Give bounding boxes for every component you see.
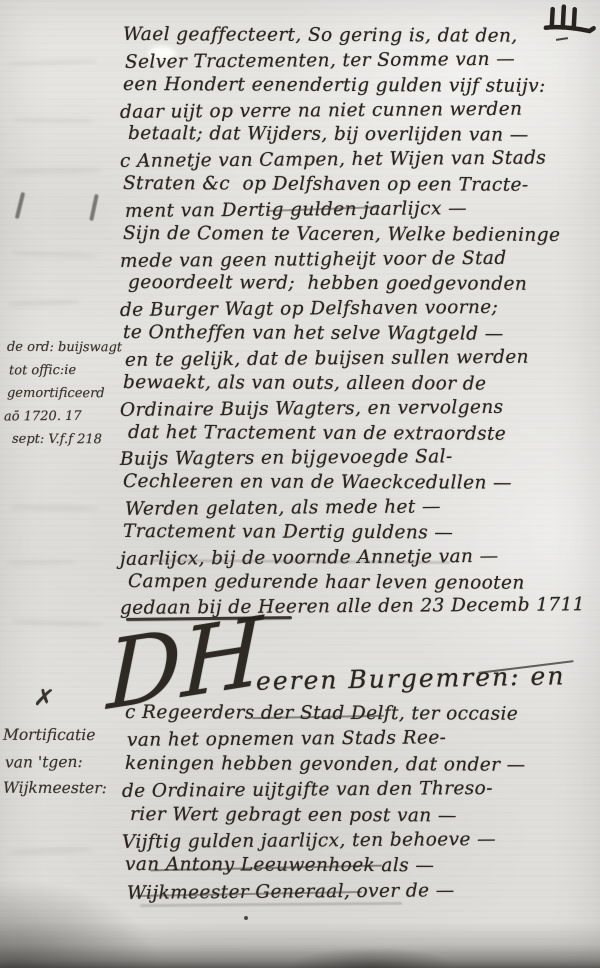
- manuscript-line: de Ordinaire uijtgifte van den Threso-: [122, 775, 594, 804]
- manuscript-line: Werden gelaten, als mede het —: [120, 494, 594, 523]
- manuscript-line: Ordinaire Buijs Wagters, en vervolgens: [120, 395, 594, 424]
- margin-note-line: gemortificeerd: [7, 382, 123, 406]
- manuscript-page: Wael geaffecteert, So gering is, dat den…: [0, 0, 600, 968]
- manuscript-line: c Annetje van Campen, het Wijen van Stad…: [120, 146, 594, 175]
- manuscript-line: geoordeelt werd; hebben goedgevonden: [123, 271, 597, 298]
- manuscript-line: Campen gedurende haar leven genooten: [123, 570, 597, 597]
- manuscript-line: jaarlijcx, bij de voornde Annetje van —: [120, 544, 594, 573]
- manuscript-line: de Burger Wagt op Delfshaven voorne;: [120, 295, 594, 324]
- manuscript-line: bewaekt, als van outs, alleen door de: [123, 371, 597, 398]
- margin-note-line: Mortificatie: [3, 722, 148, 749]
- margin-note-line: aō 1720. 17: [4, 405, 120, 429]
- manuscript-line: Wael geaffecteert, So gering is, dat den…: [123, 23, 597, 50]
- manuscript-line: mede van geen nuttigheijt voor de Stad: [120, 246, 594, 275]
- manuscript-line: ment van Dertig gulden jaarlijcx —: [120, 196, 594, 225]
- ink-slash-mark: [15, 192, 25, 219]
- manuscript-line: Straten &c op Delfshaven op een Tracte-: [123, 172, 597, 199]
- ink-slash-mark: [89, 194, 99, 221]
- margin-note-line: van 'tgen:: [0, 748, 145, 776]
- manuscript-line: en te gelijk, dat de buijsen sullen werd…: [120, 345, 594, 374]
- manuscript-line: van het opnemen van Stads Ree-: [122, 725, 594, 754]
- entry-leeuwenhoek-text: c Regeerders der Stad Delft, ter occasie…: [122, 701, 594, 904]
- margin-note-line: sept: V.f.f 218: [7, 428, 123, 452]
- ink-smudge: [8, 847, 92, 856]
- manuscript-line: rier Wert gebragt een post van —: [125, 802, 597, 829]
- margin-note-mortificatie-wijkmeester: Mortificatie van 'tgen: Wijkmeester:: [0, 722, 145, 802]
- manuscript-line: c Regeerders der Stad Delft, ter occasie: [125, 700, 597, 727]
- ink-smudge: [12, 618, 102, 627]
- manuscript-line: Sijn de Comen te Vaceren, Welke bedienin…: [123, 222, 597, 249]
- margin-note-line: tot offic:ie: [4, 359, 120, 383]
- manuscript-line: daar uijt op verre na niet cunnen werden: [120, 97, 594, 126]
- scan-shadow-bottom: [0, 922, 600, 968]
- manuscript-line: Vijftig gulden jaarlijcx, ten behoeve —: [122, 826, 594, 855]
- manuscript-line: Cechleeren en van de Waeckcedullen —: [123, 470, 597, 497]
- manuscript-line: Selver Tractementen, ter Somme van —: [120, 47, 594, 76]
- ink-smudge: [10, 504, 98, 512]
- manuscript-line: keningen hebben gevonden, dat onder —: [125, 751, 597, 778]
- ink-smudge: [14, 117, 94, 123]
- ink-smudge: [8, 58, 98, 66]
- manuscript-line: betaalt; dat Wijders, bij overlijden van…: [123, 122, 597, 149]
- margin-note-1720-mortification: de ord: buijswagt tot offic:ie gemortifi…: [4, 336, 120, 451]
- ink-dot: [244, 916, 248, 920]
- manuscript-line: te Ontheffen van het selve Wagtgeld —: [123, 321, 597, 348]
- ink-smudge: [6, 167, 101, 175]
- ink-smudge: [12, 251, 97, 259]
- margin-note-line: de ord: buijswagt: [7, 336, 123, 360]
- manuscript-line: dat het Tractement van de extraordste: [123, 420, 597, 447]
- manuscript-line: Tractement van Dertig guldens —: [123, 520, 597, 547]
- manuscript-line: Buijs Wagters en bijgevoegde Sal-: [120, 444, 594, 473]
- margin-cross-mark: ✗: [32, 683, 56, 714]
- ink-smudge: [8, 299, 80, 308]
- entry-1711-resolution-text: Wael geaffecteert, So gering is, dat den…: [120, 24, 594, 620]
- ink-smudge: [6, 559, 76, 565]
- manuscript-line: een Hondert eenendertig gulden vijf stui…: [123, 73, 597, 100]
- margin-note-line: Wijkmeester:: [3, 775, 148, 802]
